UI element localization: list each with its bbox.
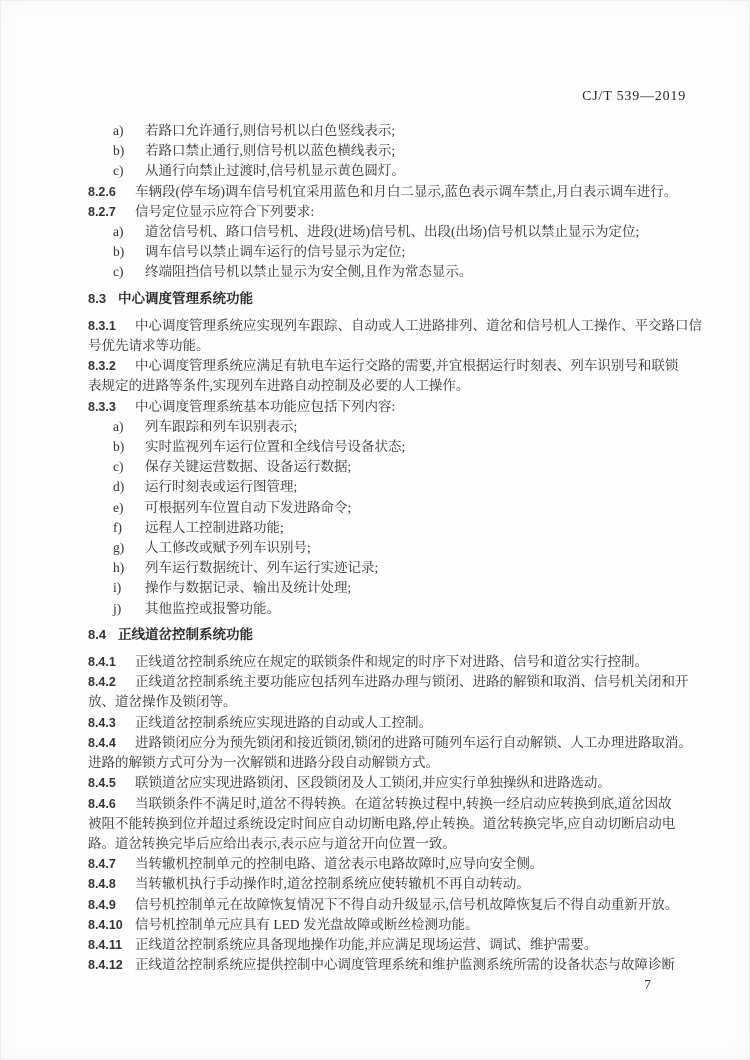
- line-text: 号优先请求等功能。: [88, 338, 210, 353]
- list-item-line: g)人工修改或赋予列车识别号;: [88, 538, 688, 558]
- line-text: 当转辙机执行手动操作时,道岔控制系统应使转辙机不再自动转动。: [135, 876, 530, 891]
- clause-number: 8.4.5: [88, 773, 135, 793]
- clause-number: 8.4.9: [88, 895, 135, 915]
- clause-number: 8.4.7: [88, 854, 135, 874]
- line-text: 道岔信号机、路口信号机、进段(进场)信号机、出段(出场)信号机以禁止显示为定位;: [145, 224, 639, 239]
- line-text: 远程人工控制进路功能;: [145, 520, 284, 535]
- clause-number: 8.4.1: [88, 652, 135, 672]
- line-text: 调车信号以禁止调车运行的信号显示为定位;: [145, 244, 405, 259]
- clause-number: 8.4.12: [88, 955, 135, 975]
- line-text: 当联锁条件不满足时,道岔不得转换。在道岔转换过程中,转换一经启动应转换到底,道岔…: [135, 796, 672, 811]
- clause-line: 8.4.3正线道岔控制系统应实现进路的自动或人工控制。: [88, 713, 688, 733]
- page-number: 7: [644, 977, 651, 993]
- item-label: a): [113, 222, 145, 242]
- item-label: g): [113, 538, 145, 558]
- clause-number: 8.4.4: [88, 733, 135, 753]
- section-number: 8.3: [88, 289, 118, 309]
- list-item-line: d)运行时刻表或运行图管理;: [88, 477, 688, 497]
- list-item-line: b)若路口禁止通行,则信号机以蓝色横线表示;: [88, 141, 688, 161]
- line-text: 联锁道岔应实现进路锁闭、区段锁闭及人工锁闭,并应实行单独操纵和进路选动。: [135, 775, 611, 790]
- standard-code-header: CJ/T 539—2019: [582, 89, 686, 105]
- line-text: 中心调度管理系统应满足有轨电车运行交路的需要,并宜根据运行时刻表、列车识别号和联…: [135, 358, 678, 373]
- line-text: 正线道岔控制系统应具备现地操作功能,并应满足现场运营、调试、维护需要。: [135, 937, 597, 952]
- list-item-line: j)其他监控或报警功能。: [88, 599, 688, 619]
- line-text: 正线道岔控制系统应提供控制中心调度管理系统和维护监测系统所需的设备状态与故障诊断: [135, 957, 675, 972]
- clause-number: 8.4.8: [88, 874, 135, 894]
- line-text: 正线道岔控制系统应实现进路的自动或人工控制。: [135, 715, 432, 730]
- line-text: 操作与数据记录、输出及统计处理;: [145, 580, 351, 595]
- section-number: 8.4: [88, 625, 118, 645]
- line-text: 正线道岔控制系统应在规定的联锁条件和规定的时序下对进路、信号和道岔实行控制。: [135, 654, 648, 669]
- line-text: 正线道岔控制系统主要功能应包括列车进路办理与锁闭、进路的解锁和取消、信号机关闭和…: [135, 674, 689, 689]
- line-text: 信号机控制单元应具有 LED 发光盘故障或断丝检测功能。: [135, 917, 479, 932]
- item-label: c): [113, 161, 145, 181]
- item-label: h): [113, 558, 145, 578]
- continuation-line: 被阻不能转换到位并超过系统设定时间应自动切断电路,停止转换。道岔转换完毕,应自动…: [88, 814, 688, 834]
- line-text: 从通行向禁止过渡时,信号机显示黄色圆灯。: [145, 163, 405, 178]
- continuation-line: 放、道岔操作及锁闭等。: [88, 692, 688, 712]
- item-label: b): [113, 242, 145, 262]
- clause-number: 8.3.3: [88, 397, 135, 417]
- list-item-line: a)列车跟踪和列车识别表示;: [88, 417, 688, 437]
- list-item-line: b)实时监视列车运行位置和全线信号设备状态;: [88, 437, 688, 457]
- list-item-line: c)从通行向禁止过渡时,信号机显示黄色圆灯。: [88, 161, 688, 181]
- clause-line: 8.4.2正线道岔控制系统主要功能应包括列车进路办理与锁闭、进路的解锁和取消、信…: [88, 672, 688, 692]
- clause-line: 8.4.9信号机控制单元在故障恢复情况下不得自动升级显示,信号机故障恢复后不得自…: [88, 895, 688, 915]
- clause-number: 8.4.6: [88, 794, 135, 814]
- item-label: c): [113, 457, 145, 477]
- clause-line: 8.3.2中心调度管理系统应满足有轨电车运行交路的需要,并宜根据运行时刻表、列车…: [88, 356, 688, 376]
- line-text: 运行时刻表或运行图管理;: [145, 479, 297, 494]
- line-text: 其他监控或报警功能。: [145, 601, 280, 616]
- item-label: e): [113, 498, 145, 518]
- clause-line: 8.4.12正线道岔控制系统应提供控制中心调度管理系统和维护监测系统所需的设备状…: [88, 955, 688, 975]
- list-item-line: i)操作与数据记录、输出及统计处理;: [88, 578, 688, 598]
- clause-number: 8.4.2: [88, 672, 135, 692]
- item-label: b): [113, 437, 145, 457]
- item-label: d): [113, 477, 145, 497]
- line-text: 进路锁闭应分为预先锁闭和接近锁闭,锁闭的进路可随列车运行自动解锁、人工办理进路取…: [135, 735, 692, 750]
- continuation-line: 路。道岔转换完毕后应给出表示,表示应与道岔开向位置一致。: [88, 834, 688, 854]
- line-text: 被阻不能转换到位并超过系统设定时间应自动切断电路,停止转换。道岔转换完毕,应自动…: [88, 816, 675, 831]
- item-label: c): [113, 262, 145, 282]
- item-label: a): [113, 417, 145, 437]
- item-label: a): [113, 121, 145, 141]
- line-text: 列车运行数据统计、列车运行实迹记录;: [145, 560, 378, 575]
- line-text: 可根据列车位置自动下发进路命令;: [145, 500, 351, 515]
- list-item-line: e)可根据列车位置自动下发进路命令;: [88, 498, 688, 518]
- line-text: 信号机控制单元在故障恢复情况下不得自动升级显示,信号机故障恢复后不得自动重新开放…: [135, 897, 678, 912]
- line-text: 放、道岔操作及锁闭等。: [88, 694, 237, 709]
- section-heading: 8.3中心调度管理系统功能: [88, 289, 688, 309]
- item-label: f): [113, 518, 145, 538]
- line-text: 人工修改或赋予列车识别号;: [145, 540, 311, 555]
- continuation-line: 进路的解锁方式可分为一次解锁和进路分段自动解锁方式。: [88, 753, 688, 773]
- clause-line: 8.2.6车辆段(停车场)调车信号机宜采用蓝色和月白二显示,蓝色表示调车禁止,月…: [88, 182, 688, 202]
- line-text: 若路口允许通行,则信号机以白色竖线表示;: [145, 123, 395, 138]
- line-text: 中心调度管理系统功能: [118, 291, 253, 306]
- list-item-line: c)终端阻挡信号机以禁止显示为安全侧,且作为常态显示。: [88, 262, 688, 282]
- clause-line: 8.2.7信号定位显示应符合下列要求:: [88, 202, 688, 222]
- clause-line: 8.3.3中心调度管理系统基本功能应包括下列内容:: [88, 397, 688, 417]
- clause-line: 8.4.10信号机控制单元应具有 LED 发光盘故障或断丝检测功能。: [88, 915, 688, 935]
- clause-number: 8.2.7: [88, 202, 135, 222]
- list-item-line: h)列车运行数据统计、列车运行实迹记录;: [88, 558, 688, 578]
- clause-line: 8.4.7当转辙机控制单元的控制电路、道岔表示电路故障时,应导向安全侧。: [88, 854, 688, 874]
- clause-line: 8.4.11正线道岔控制系统应具备现地操作功能,并应满足现场运营、调试、维护需要…: [88, 935, 688, 955]
- item-label: i): [113, 578, 145, 598]
- clause-line: 8.4.8当转辙机执行手动操作时,道岔控制系统应使转辙机不再自动转动。: [88, 874, 688, 894]
- line-text: 实时监视列车运行位置和全线信号设备状态;: [145, 439, 405, 454]
- line-text: 车辆段(停车场)调车信号机宜采用蓝色和月白二显示,蓝色表示调车禁止,月白表示调车…: [135, 184, 677, 199]
- line-text: 保存关键运营数据、设备运行数据;: [145, 459, 351, 474]
- clause-number: 8.4.10: [88, 915, 135, 935]
- line-text: 路。道岔转换完毕后应给出表示,表示应与道岔开向位置一致。: [88, 836, 456, 851]
- line-text: 信号定位显示应符合下列要求:: [135, 204, 314, 219]
- line-text: 当转辙机控制单元的控制电路、道岔表示电路故障时,应导向安全侧。: [135, 856, 543, 871]
- list-item-line: f)远程人工控制进路功能;: [88, 518, 688, 538]
- line-text: 中心调度管理系统基本功能应包括下列内容:: [135, 399, 395, 414]
- document-page: CJ/T 539—2019 a)若路口允许通行,则信号机以白色竖线表示;b)若路…: [0, 0, 750, 1060]
- list-item-line: a)若路口允许通行,则信号机以白色竖线表示;: [88, 121, 688, 141]
- list-item-line: c)保存关键运营数据、设备运行数据;: [88, 457, 688, 477]
- clause-number: 8.3.2: [88, 356, 135, 376]
- clause-number: 8.2.6: [88, 182, 135, 202]
- section-heading: 8.4正线道岔控制系统功能: [88, 625, 688, 645]
- clause-number: 8.3.1: [88, 316, 135, 336]
- continuation-line: 号优先请求等功能。: [88, 336, 688, 356]
- clause-line: 8.4.4进路锁闭应分为预先锁闭和接近锁闭,锁闭的进路可随列车运行自动解锁、人工…: [88, 733, 688, 753]
- list-item-line: a)道岔信号机、路口信号机、进段(进场)信号机、出段(出场)信号机以禁止显示为定…: [88, 222, 688, 242]
- line-text: 列车跟踪和列车识别表示;: [145, 419, 297, 434]
- continuation-line: 表规定的进路等条件,实现列车进路自动控制及必要的人工操作。: [88, 376, 688, 396]
- clause-line: 8.4.6当联锁条件不满足时,道岔不得转换。在道岔转换过程中,转换一经启动应转换…: [88, 794, 688, 814]
- clause-line: 8.4.5联锁道岔应实现进路锁闭、区段锁闭及人工锁闭,并应实行单独操纵和进路选动…: [88, 773, 688, 793]
- clause-number: 8.4.11: [88, 935, 135, 955]
- line-text: 终端阻挡信号机以禁止显示为安全侧,且作为常态显示。: [145, 264, 472, 279]
- clause-line: 8.4.1正线道岔控制系统应在规定的联锁条件和规定的时序下对进路、信号和道岔实行…: [88, 652, 688, 672]
- line-text: 中心调度管理系统应实现列车跟踪、自动或人工进路排列、道岔和信号机人工操作、平交路…: [135, 318, 702, 333]
- list-item-line: b)调车信号以禁止调车运行的信号显示为定位;: [88, 242, 688, 262]
- clause-line: 8.3.1中心调度管理系统应实现列车跟踪、自动或人工进路排列、道岔和信号机人工操…: [88, 316, 688, 336]
- item-label: b): [113, 141, 145, 161]
- line-text: 表规定的进路等条件,实现列车进路自动控制及必要的人工操作。: [88, 378, 469, 393]
- clause-number: 8.4.3: [88, 713, 135, 733]
- item-label: j): [113, 599, 145, 619]
- line-text: 若路口禁止通行,则信号机以蓝色横线表示;: [145, 143, 395, 158]
- document-lines: a)若路口允许通行,则信号机以白色竖线表示;b)若路口禁止通行,则信号机以蓝色横…: [88, 121, 688, 975]
- line-text: 进路的解锁方式可分为一次解锁和进路分段自动解锁方式。: [88, 755, 439, 770]
- line-text: 正线道岔控制系统功能: [118, 627, 253, 642]
